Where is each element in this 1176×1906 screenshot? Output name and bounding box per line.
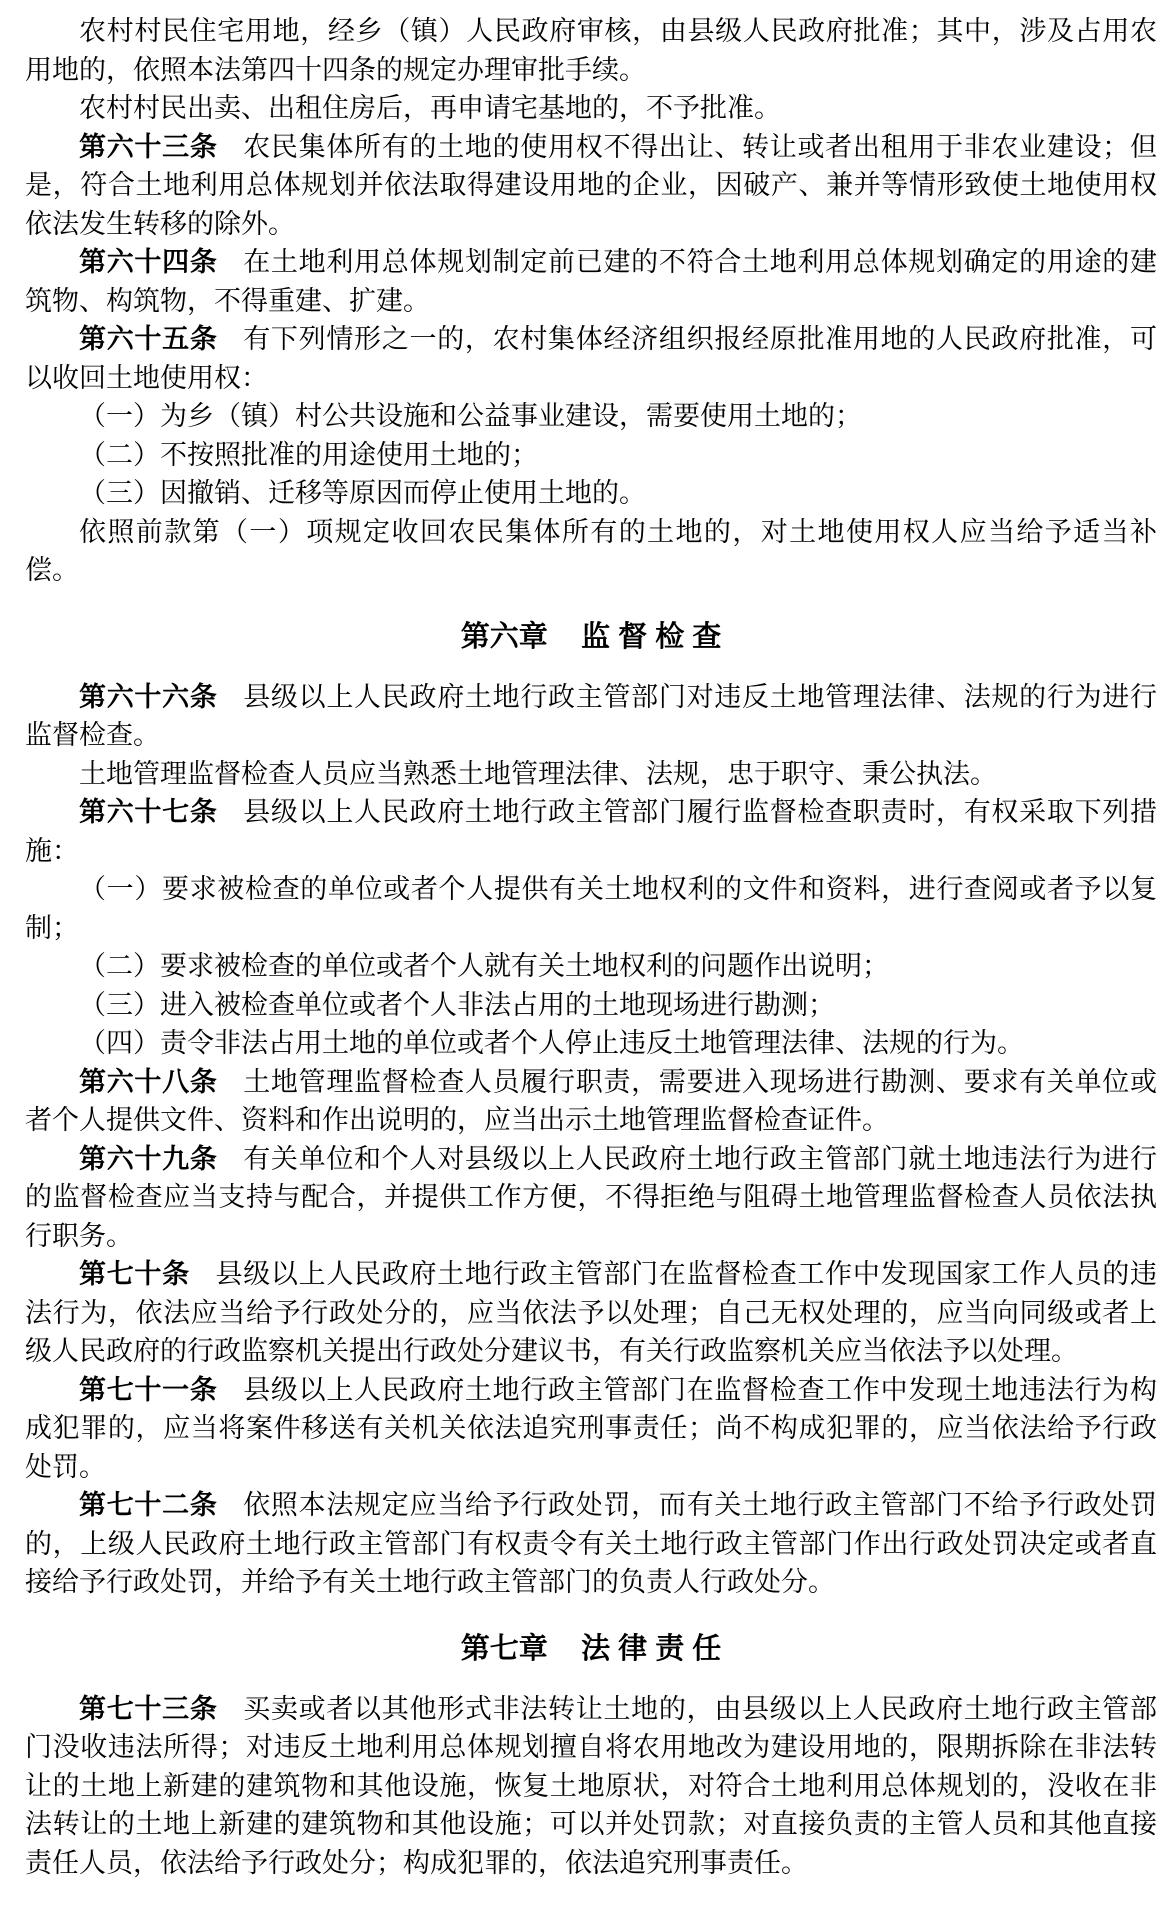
article-number: 第七十一条 — [79, 1375, 218, 1405]
paragraph: 土地管理监督检查人员应当熟悉土地管理法律、法规，忠于职守、秉公执法。 — [25, 755, 1157, 794]
list-item-paragraph: （二）要求被检查的单位或者个人就有关土地权利的问题作出说明； — [25, 947, 1157, 986]
article-number: 第六十三条 — [79, 132, 218, 162]
chapter-title: 法 律 责 任 — [581, 1633, 721, 1665]
article-paragraph: 第六十三条农民集体所有的土地的使用权不得出让、转让或者出租用于非农业建设；但是，… — [25, 128, 1157, 244]
article-number: 第七十三条 — [79, 1694, 218, 1724]
chapter-title: 监 督 检 查 — [581, 621, 721, 653]
document-page: 农村村民住宅用地，经乡（镇）人民政府审核，由县级人民政府批准；其中，涉及占用农用… — [0, 0, 1176, 1906]
article-paragraph: 第六十九条有关单位和个人对县级以上人民政府土地行政主管部门就土地违法行为进行的监… — [25, 1140, 1157, 1256]
article-paragraph: 第六十八条土地管理监督检查人员履行职责，需要进入现场进行勘测、要求有关单位或者个… — [25, 1063, 1157, 1140]
article-number: 第七十条 — [79, 1259, 190, 1289]
article-number: 第六十六条 — [79, 682, 218, 712]
article-number: 第六十五条 — [79, 324, 218, 354]
list-item-paragraph: （三）进入被检查单位或者个人非法占用的土地现场进行勘测； — [25, 986, 1157, 1025]
paragraph: 农村村民出卖、出租住房后，再申请宅基地的，不予批准。 — [25, 89, 1157, 128]
article-paragraph: 第七十条县级以上人民政府土地行政主管部门在监督检查工作中发现国家工作人员的违法行… — [25, 1255, 1157, 1371]
article-paragraph: 第七十一条县级以上人民政府土地行政主管部门在监督检查工作中发现土地违法行为构成犯… — [25, 1371, 1157, 1487]
article-paragraph: 第六十五条有下列情形之一的，农村集体经济组织报经原批准用地的人民政府批准，可以收… — [25, 320, 1157, 397]
article-number: 第六十四条 — [79, 247, 218, 277]
article-number: 第六十八条 — [79, 1067, 218, 1097]
list-item-paragraph: （四）责令非法占用土地的单位或者个人停止违反土地管理法律、法规的行为。 — [25, 1024, 1157, 1063]
article-paragraph: 第六十七条县级以上人民政府土地行政主管部门履行监督检查职责时，有权采取下列措施： — [25, 793, 1157, 870]
article-number: 第六十七条 — [79, 797, 218, 827]
paragraph: 农村村民住宅用地，经乡（镇）人民政府审核，由县级人民政府批准；其中，涉及占用农用… — [25, 12, 1157, 89]
chapter-number: 第六章 — [461, 621, 548, 653]
list-item-paragraph: （三）因撤销、迁移等原因而停止使用土地的。 — [25, 474, 1157, 513]
paragraph: 依照前款第（一）项规定收回农民集体所有的土地的，对土地使用权人应当给予适当补偿。 — [25, 513, 1157, 590]
article-text: 县级以上人民政府土地行政主管部门在监督检查工作中发现国家工作人员的违法行为，依法… — [25, 1259, 1157, 1366]
article-number: 第六十九条 — [79, 1144, 218, 1174]
list-item-paragraph: （二）不按照批准的用途使用土地的； — [25, 436, 1157, 475]
article-paragraph: 第七十二条依照本法规定应当给予行政处罚，而有关土地行政主管部门不给予行政处罚的，… — [25, 1486, 1157, 1602]
list-item-paragraph: （一）为乡（镇）村公共设施和公益事业建设，需要使用土地的； — [25, 397, 1157, 436]
chapter-heading: 第七章法 律 责 任 — [25, 1629, 1157, 1669]
article-number: 第七十二条 — [79, 1490, 218, 1520]
list-item-paragraph: （一）要求被检查的单位或者个人提供有关土地权利的文件和资料，进行查阅或者予以复制… — [25, 870, 1157, 947]
article-paragraph: 第七十三条买卖或者以其他形式非法转让土地的，由县级以上人民政府土地行政主管部门没… — [25, 1690, 1157, 1883]
article-paragraph: 第六十四条在土地利用总体规划制定前已建的不符合土地利用总体规划确定的用途的建筑物… — [25, 243, 1157, 320]
chapter-number: 第七章 — [461, 1633, 548, 1665]
chapter-heading: 第六章监 督 检 查 — [25, 617, 1157, 657]
article-paragraph: 第六十六条县级以上人民政府土地行政主管部门对违反土地管理法律、法规的行为进行监督… — [25, 678, 1157, 755]
